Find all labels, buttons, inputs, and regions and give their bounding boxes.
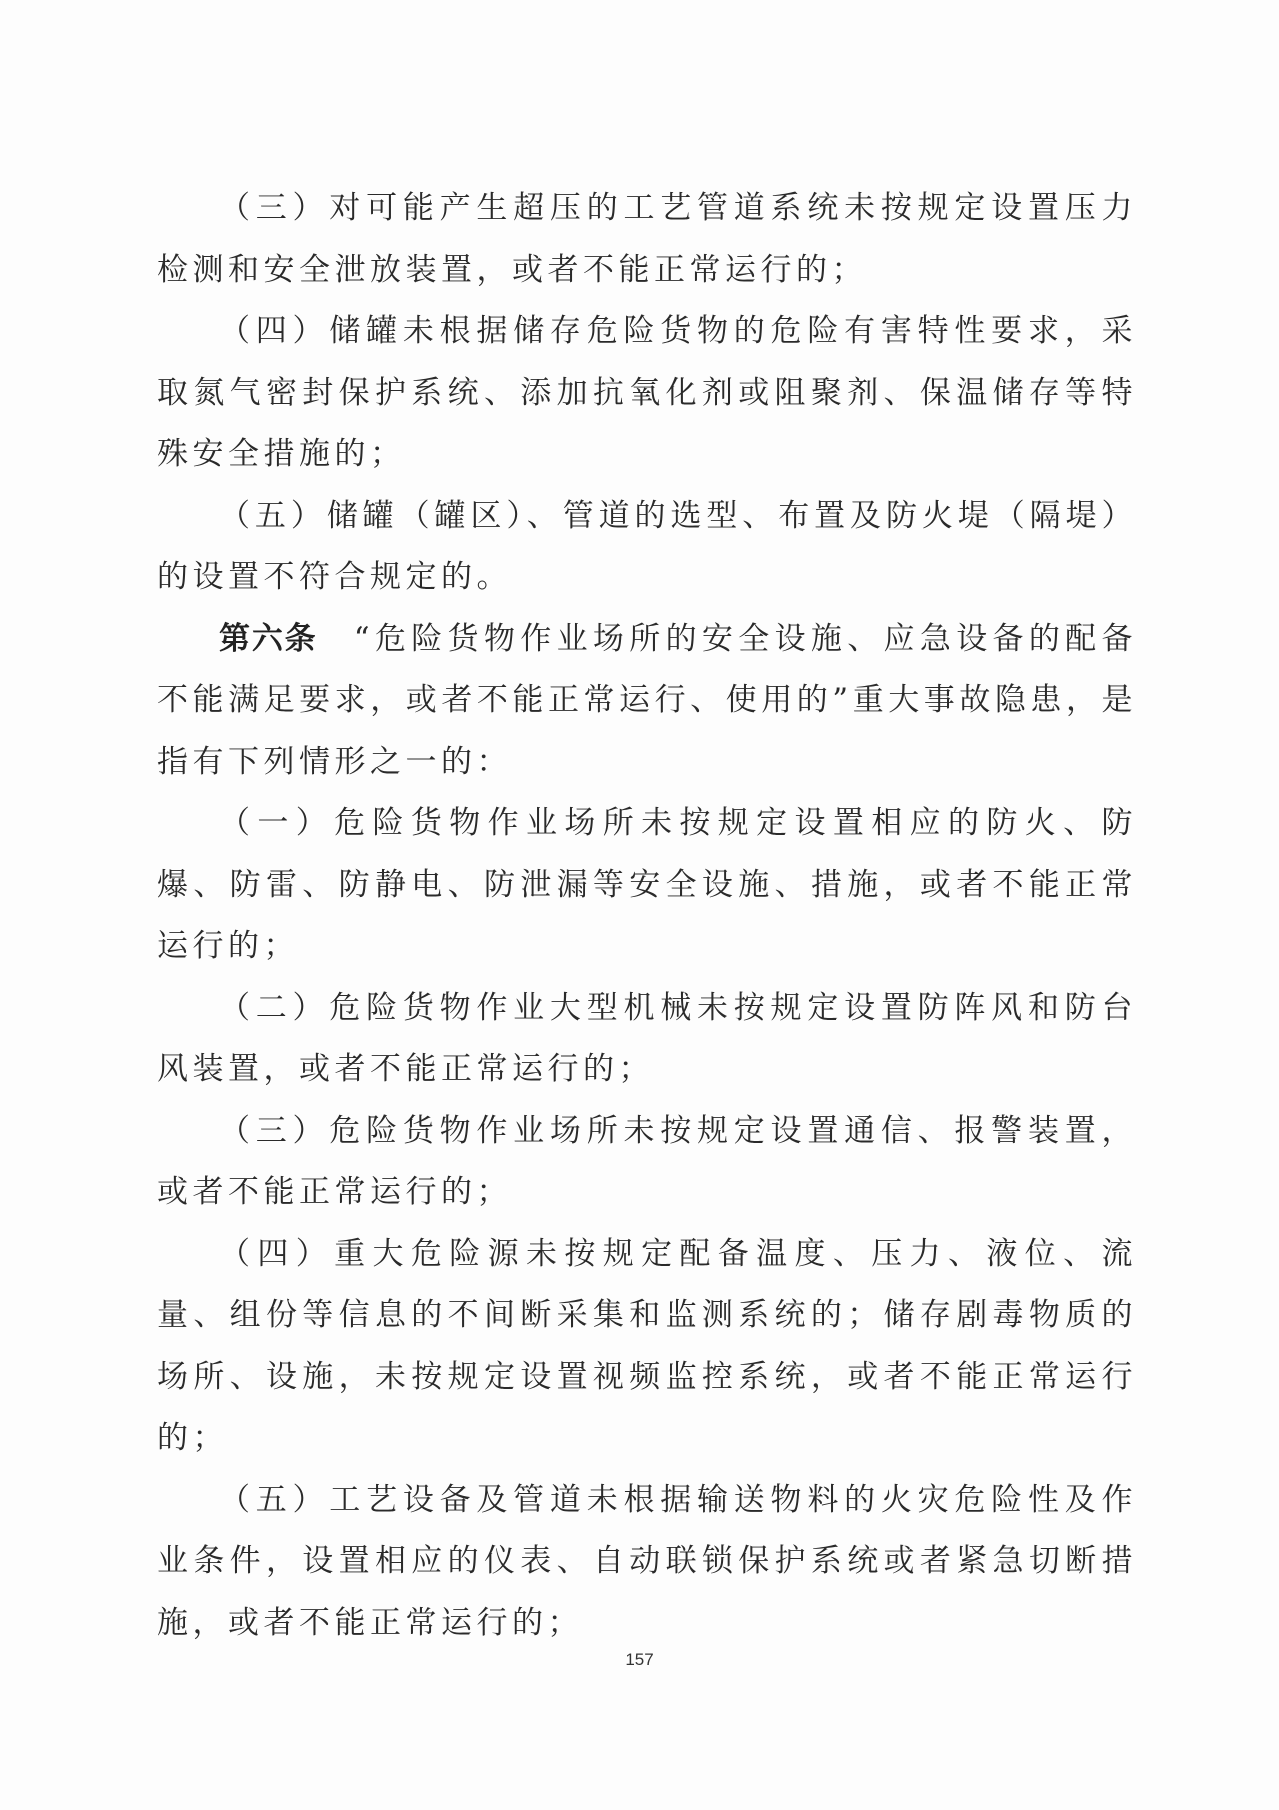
paragraph-item-4-monitoring: （四）重大危险源未按规定配备温度、压力、液位、流量、组份等信息的不间断采集和监测…: [157, 1224, 1137, 1470]
paragraph-item-1-safety-facilities: （一）危险货物作业场所未按规定设置相应的防火、防爆、防雷、防静电、防泄漏等安全设…: [157, 793, 1137, 978]
paragraph-item-2-wind-protection: （二）危险货物作业大型机械未按规定设置防阵风和防台风装置，或者不能正常运行的；: [157, 978, 1137, 1101]
paragraph-item-5-tank-layout: （五）储罐（罐区）、管道的选型、布置及防火堤（隔堤）的设置不符合规定的。: [157, 486, 1137, 609]
paragraph-item-3-alarm: （三）危险货物作业场所未按规定设置通信、报警装置，或者不能正常运行的；: [157, 1101, 1137, 1224]
page-number: 157: [0, 1650, 1279, 1670]
article-heading: 第六条: [219, 621, 317, 657]
paragraph-item-5-interlock: （五）工艺设备及管道未根据输送物料的火灾危险性及作业条件，设置相应的仪表、自动联…: [157, 1470, 1137, 1655]
paragraph-item-3-overpressure: （三）对可能产生超压的工艺管道系统未按规定设置压力检测和安全泄放装置，或者不能正…: [157, 178, 1137, 301]
paragraph-article-6: 第六条 “危险货物作业场所的安全设施、应急设备的配备不能满足要求，或者不能正常运…: [157, 609, 1137, 794]
document-body: （三）对可能产生超压的工艺管道系统未按规定设置压力检测和安全泄放装置，或者不能正…: [157, 178, 1137, 1654]
paragraph-item-4-tank-protection: （四）储罐未根据储存危险货物的危险有害特性要求，采取氮气密封保护系统、添加抗氧化…: [157, 301, 1137, 486]
document-page: （三）对可能产生超压的工艺管道系统未按规定设置压力检测和安全泄放装置，或者不能正…: [0, 0, 1279, 1810]
